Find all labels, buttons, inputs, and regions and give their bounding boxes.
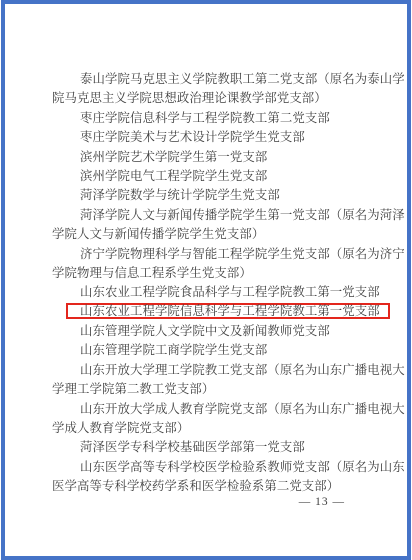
red-highlight-box: 山东农业工程学院信息科学与工程学院教工第一党支部	[66, 303, 390, 319]
document-page-border: 泰山学院马克思主义学院教职工第二党支部（原名为泰山学院马克思主义学院思想政治理论…	[1, 0, 411, 560]
branch-entry-line: 枣庄学院信息科学与工程学院教工第二党支部	[52, 109, 382, 128]
branch-entry-line: 山东农业工程学院食品科学与工程学院教工第一党支部	[52, 283, 382, 302]
branch-entry-line: 枣庄学院美术与艺术设计学院学生党支部	[52, 128, 382, 147]
branch-entry-line: 学理工学院第二教工党支部）	[52, 380, 382, 399]
branch-entry-line: 山东开放大学理工学院教工党支部（原名为山东广播电视大	[52, 361, 382, 380]
branch-entry-line: 滨州学院艺术学院学生第一党支部	[52, 148, 382, 167]
branch-entry-line: 济宁学院物理科学与智能工程学院学生党支部（原名为济宁	[52, 245, 382, 264]
branch-entry-line: 学成人教育学院党支部）	[52, 419, 382, 438]
branch-entry-line: 菏泽学院人文与新闻传播学院学生第一党支部（原名为菏泽	[52, 206, 382, 225]
branch-entry-line: 泰山学院马克思主义学院教职工第二党支部（原名为泰山学	[52, 70, 382, 89]
branch-entry-line: 滨州学院电气工程学院学生党支部	[52, 167, 382, 186]
page-number: — 13 —	[299, 496, 345, 508]
branch-entry-line: 山东农业工程学院信息科学与工程学院教工第一党支部	[52, 303, 382, 322]
branch-entry-line: 学院物理与信息工程系学生党支部）	[52, 264, 382, 283]
party-branch-list: 泰山学院马克思主义学院教职工第二党支部（原名为泰山学院马克思主义学院思想政治理论…	[52, 70, 382, 497]
branch-entry-line: 菏泽学院数学与统计学院学生党支部	[52, 186, 382, 205]
branch-entry-line: 院马克思主义学院思想政治理论课教学部党支部）	[52, 89, 382, 108]
branch-entry-line: 菏泽医学专科学校基础医学部第一党支部	[52, 438, 382, 457]
branch-entry-line: 学院人文与新闻传播学院学生党支部）	[52, 225, 382, 244]
branch-entry-line: 医学高等专科学校药学系和医学检验系第二党支部）	[52, 477, 382, 496]
branch-entry-line: 山东开放大学成人教育学院党支部（原名为山东广播电视大	[52, 400, 382, 419]
branch-entry-line: 山东医学高等专科学校医学检验系教师党支部（原名为山东	[52, 458, 382, 477]
branch-entry-line: 山东管理学院人文学院中文及新闻教师党支部	[52, 322, 382, 341]
branch-entry-line: 山东管理学院工商学院学生党支部	[52, 341, 382, 360]
